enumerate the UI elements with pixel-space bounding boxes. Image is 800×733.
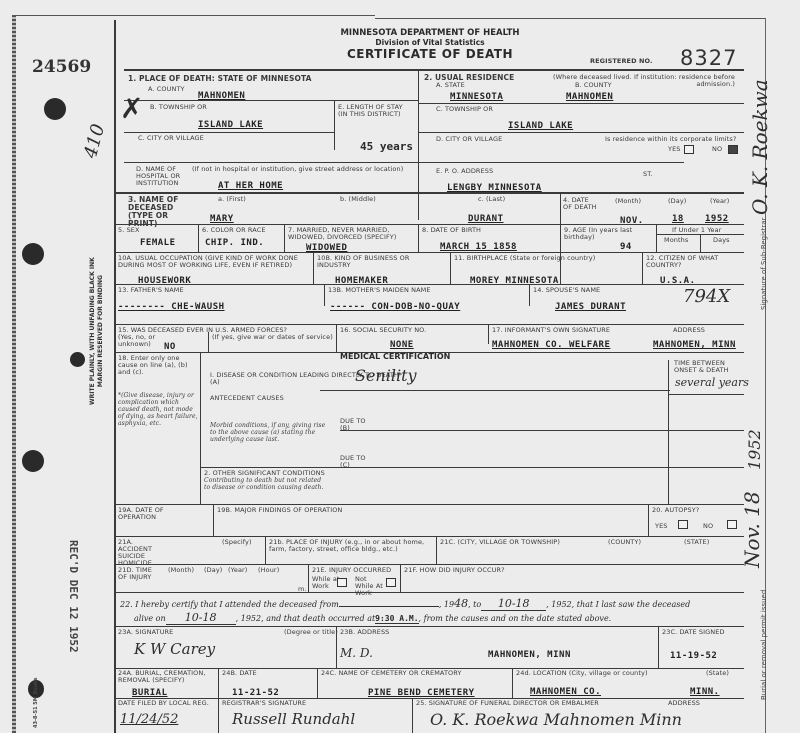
certification-statement: 22. I hereby certify that I attended the… bbox=[120, 597, 740, 625]
divider bbox=[198, 224, 199, 252]
burial-date-label: 24b. DATE bbox=[222, 670, 257, 677]
divider bbox=[648, 504, 649, 536]
divider bbox=[418, 70, 419, 220]
registrar-signature-label: REGISTRAR'S SIGNATURE bbox=[222, 700, 306, 707]
physician-degree: M. D. bbox=[340, 646, 373, 660]
township-label: b. TOWNSHIP OR bbox=[150, 104, 210, 111]
marital-status-label: 7. MARRIED, NEVER MARRIED, WIDOWED, DIVO… bbox=[288, 227, 408, 241]
permit-issued-label: Burial or removal permit issued bbox=[760, 590, 768, 700]
antecedent-label: ANTECEDENT CAUSES bbox=[210, 395, 284, 402]
date-filed-value: 11/24/52 bbox=[120, 712, 178, 727]
first-name-value: MARY bbox=[210, 214, 234, 224]
occupation-label: 10a. USUAL OCCUPATION (Give kind of work… bbox=[118, 255, 313, 269]
header-rule bbox=[124, 69, 744, 71]
birth-date-label: 8. DATE OF BIRTH bbox=[422, 227, 481, 234]
death-day-value: 18 bbox=[672, 214, 684, 224]
physician-signature-label: 23a. SIGNATURE bbox=[118, 629, 173, 636]
operation-findings-label: 19b. MAJOR FINDINGS OF OPERATION bbox=[217, 507, 342, 514]
divider bbox=[512, 668, 513, 698]
onset-label: TIME BETWEEN ONSET & DEATH bbox=[674, 360, 744, 374]
accident-type-label: 21a. ACCIDENT SUICIDE HOMICIDE bbox=[118, 539, 168, 567]
divider bbox=[200, 467, 340, 468]
days-label: Days bbox=[713, 237, 730, 244]
corporate-yes-checkbox[interactable] bbox=[684, 145, 694, 154]
received-stamp: REC'D DEC 12 1952 bbox=[67, 540, 80, 653]
divider bbox=[114, 536, 744, 537]
funeral-address-label: ADDRESS bbox=[668, 700, 700, 707]
divider bbox=[308, 564, 309, 592]
binding-hole bbox=[44, 98, 66, 120]
race-label: 6. COLOR OR RACE bbox=[202, 227, 266, 234]
burial-location-state-label: (State) bbox=[706, 670, 729, 677]
certification-line-2: alive on10-18, 1952, and that death occu… bbox=[120, 611, 740, 625]
place-of-death-label: 1. PLACE OF DEATH: STATE OF MINNESOTA bbox=[128, 75, 312, 82]
divider bbox=[124, 132, 334, 133]
day-label: (Day) bbox=[668, 198, 686, 205]
autopsy-no-label: NO bbox=[703, 523, 713, 530]
residence-note: (Where deceased lived. If institution: r… bbox=[545, 74, 735, 88]
hospital-label: d. NAME OF HOSPITAL OR INSTITUTION bbox=[136, 166, 188, 187]
city-label: c. CITY OR VILLAGE bbox=[138, 135, 204, 142]
certification-line-1: 22. I hereby certify that I attended the… bbox=[120, 597, 740, 611]
first-name-label: a. (First) bbox=[218, 196, 246, 203]
cemetery-label: 24c. NAME OF CEMETERY OR CREMATORY bbox=[321, 670, 462, 677]
spouse-label: 14. SPOUSE'S NAME bbox=[533, 287, 600, 294]
morbid-conditions-note: Morbid conditions, if any, giving rise t… bbox=[210, 422, 330, 443]
divider bbox=[200, 352, 201, 504]
age-label: 9. AGE (In years last birthday) bbox=[564, 227, 646, 241]
divider bbox=[336, 626, 337, 668]
sub-registrar-signature: O. K. Roekwa bbox=[748, 79, 772, 215]
burial-location-value: MAHNOMEN CO. bbox=[530, 687, 601, 697]
perforation-edge bbox=[12, 15, 16, 733]
onset-value: several years bbox=[675, 376, 749, 389]
divider bbox=[114, 592, 744, 593]
father-value: -------- CHE-WAUSH bbox=[118, 302, 225, 312]
how-injury-label: 21f. HOW DID INJURY OCCUR? bbox=[404, 567, 505, 574]
injury-time-label: 21d. TIME OF INJURY bbox=[118, 567, 158, 581]
registered-label: REGISTERED NO. bbox=[590, 58, 653, 65]
ssn-value: NONE bbox=[390, 340, 414, 350]
sex-value: FEMALE bbox=[140, 238, 176, 248]
business-label: 10b. KIND OF BUSINESS OR INDUSTRY bbox=[317, 255, 427, 269]
residence-county-value: MAHNOMEN bbox=[566, 92, 613, 102]
death-date-label: 4. DATE OF DEATH bbox=[563, 197, 599, 211]
divider bbox=[436, 536, 437, 564]
po-address-label: e. P. O. ADDRESS bbox=[436, 168, 493, 175]
not-while-at-work-checkbox[interactable] bbox=[386, 578, 396, 587]
birth-date-value: MARCH 15 1858 bbox=[440, 242, 517, 252]
other-conditions-note: Contributing to death but not related to… bbox=[204, 477, 329, 491]
informant-address-label: ADDRESS bbox=[673, 327, 705, 334]
burial-type-label: 24a. BURIAL, CREMATION, REMOVAL (Specify… bbox=[118, 670, 218, 684]
while-at-work-checkbox[interactable] bbox=[337, 578, 347, 587]
top-border bbox=[15, 15, 375, 16]
injury-city-label: 21c. (CITY, VILLAGE OR TOWNSHIP) bbox=[440, 539, 560, 546]
informant-value: MAHNOMEN CO. WELFARE bbox=[492, 340, 610, 350]
divider bbox=[334, 100, 335, 150]
residence-city-label: d. CITY OR VILLAGE bbox=[436, 136, 502, 143]
divider bbox=[336, 324, 337, 352]
divider bbox=[418, 224, 419, 252]
divider bbox=[320, 390, 670, 391]
injury-year-label: (Year) bbox=[228, 567, 247, 574]
date-signed-value: 11-19-52 bbox=[670, 651, 717, 661]
injury-occurred-label: 21e. INJURY OCCURRED bbox=[312, 567, 391, 574]
ssn-label: 16. SOCIAL SECURITY NO. bbox=[340, 327, 426, 334]
strikeout-mark: ✗ bbox=[120, 92, 143, 125]
corporate-no-checkbox[interactable] bbox=[728, 145, 738, 154]
corporate-limits-label: Is residence within its corporate limits… bbox=[605, 136, 736, 143]
binding-hole bbox=[70, 352, 85, 367]
residence-township-label: c. TOWNSHIP OR bbox=[436, 106, 496, 113]
divider bbox=[412, 698, 413, 733]
funeral-director-signature: O. K. Roekwa Mahnomen Minn bbox=[430, 710, 682, 729]
state-label: a. STATE bbox=[436, 82, 465, 89]
divider bbox=[642, 252, 643, 284]
medical-certification-title: MEDICAL CERTIFICATION bbox=[340, 352, 450, 361]
cause-instructions-note: *(Give disease, injury or complication w… bbox=[118, 392, 198, 427]
street-label: ST. bbox=[643, 171, 653, 178]
while-at-work-label: While at Work bbox=[312, 576, 340, 590]
divider bbox=[340, 467, 744, 468]
autopsy-yes-checkbox[interactable] bbox=[678, 520, 688, 529]
month-label: (Month) bbox=[615, 198, 641, 205]
divider bbox=[114, 564, 744, 565]
divider bbox=[114, 324, 744, 325]
physician-address-value: MAHNOMEN, MINN bbox=[488, 650, 571, 660]
not-while-at-work-label: Not While At Work bbox=[355, 576, 387, 597]
autopsy-no-checkbox[interactable] bbox=[727, 520, 737, 529]
hospital-note: (If not in hospital or institution, give… bbox=[192, 166, 403, 173]
binding-hole bbox=[22, 243, 44, 265]
divider bbox=[114, 224, 744, 225]
mother-value: ------ CON-DOB-NO-QUAY bbox=[330, 302, 460, 312]
autopsy-label: 20. AUTOPSY? bbox=[652, 507, 699, 514]
divider bbox=[450, 252, 451, 284]
death-township-value: ISLAND LAKE bbox=[198, 120, 263, 130]
injury-county-label: (COUNTY) bbox=[608, 539, 641, 546]
divider bbox=[340, 430, 744, 431]
divider bbox=[418, 103, 744, 104]
file-number: 24569 bbox=[32, 57, 91, 77]
binding-note: WRITE PLAINLY, WITH UNFADING BLACK INK M… bbox=[89, 257, 105, 405]
divider bbox=[317, 668, 318, 698]
divider bbox=[265, 536, 266, 564]
registered-number: 8327 bbox=[680, 46, 737, 70]
divider bbox=[124, 162, 684, 163]
residence-state-value: MINNESOTA bbox=[450, 92, 503, 102]
year-label: (Year) bbox=[710, 198, 729, 205]
corporate-no-label: NO bbox=[712, 146, 722, 153]
race-value: CHIP. IND. bbox=[205, 238, 264, 248]
specify-label: (Specify) bbox=[222, 539, 252, 546]
armed-service-note: (If yes, give war or dates of service) bbox=[212, 334, 333, 341]
cemetery-value: PINE BEND CEMETERY bbox=[368, 688, 475, 698]
county-label: a. COUNTY bbox=[148, 86, 185, 93]
length-of-stay-label: e. LENGTH OF STAY (in this district) bbox=[338, 104, 408, 118]
months-label: Months bbox=[664, 237, 688, 244]
divider bbox=[324, 284, 325, 306]
last-name-label: c. (Last) bbox=[478, 196, 505, 203]
armed-forces-note: (Yes, no, or unknown) bbox=[118, 334, 156, 348]
burial-location-label: 24d. LOCATION (City, village or county) bbox=[516, 670, 648, 677]
divider bbox=[213, 504, 214, 536]
sex-label: 5. SEX bbox=[118, 227, 140, 234]
armed-forces-value: NO bbox=[164, 342, 176, 352]
divider bbox=[124, 100, 418, 101]
hospital-value: AT HER HOME bbox=[218, 181, 283, 191]
other-conditions-label: 2. OTHER SIGNIFICANT CONDITIONS bbox=[204, 470, 325, 477]
divider bbox=[656, 224, 657, 252]
injury-day-label: (Day) bbox=[204, 567, 222, 574]
birthplace-label: 11. BIRTHPLACE (State or foreign country… bbox=[454, 255, 595, 262]
sub-registrar-label: Signature of Sub-Registrar bbox=[760, 218, 768, 311]
divider bbox=[700, 234, 701, 252]
date-filed-label: DATE FILED BY LOCAL REG. bbox=[118, 700, 218, 707]
division-name: Division of Vital Statistics bbox=[300, 38, 560, 47]
burial-type-value: BURIAL bbox=[132, 688, 168, 698]
burial-date-value: 11-21-52 bbox=[232, 688, 279, 698]
divider bbox=[218, 668, 219, 733]
divider bbox=[668, 394, 744, 395]
corporate-yes-label: YES bbox=[668, 146, 681, 153]
cause-instructions: 18. Enter only one cause on line (a), (b… bbox=[118, 355, 198, 376]
disease-value: Senility bbox=[355, 366, 417, 385]
divider bbox=[400, 564, 401, 592]
department-name: MINNESOTA DEPARTMENT OF HEALTH bbox=[300, 28, 560, 38]
informant-label: 17. INFORMANT'S OWN SIGNATURE bbox=[492, 327, 610, 334]
last-name-value: DURANT bbox=[468, 214, 504, 224]
death-year-value: 1952 bbox=[705, 214, 729, 224]
father-label: 13. FATHER'S NAME bbox=[118, 287, 184, 294]
mother-label: 13b. MOTHER'S MAIDEN NAME bbox=[328, 287, 431, 294]
divider bbox=[658, 626, 659, 668]
residence-township-value: ISLAND LAKE bbox=[508, 121, 573, 131]
injury-month-label: (Month) bbox=[168, 567, 194, 574]
divider bbox=[114, 192, 744, 194]
divider bbox=[114, 252, 744, 253]
divider bbox=[114, 504, 744, 505]
permit-issued-date: Nov. 18 bbox=[740, 491, 764, 568]
divider bbox=[418, 132, 744, 133]
divider bbox=[114, 284, 744, 285]
binding-hole bbox=[22, 450, 44, 472]
length-of-stay-value: 45 years bbox=[360, 140, 413, 153]
divider bbox=[488, 324, 489, 344]
degree-label: (Degree or title) bbox=[284, 629, 338, 636]
middle-name-label: b. (Middle) bbox=[340, 196, 376, 203]
citizen-label: 12. CITIZEN OF WHAT COUNTRY? bbox=[646, 255, 736, 269]
divider bbox=[560, 192, 561, 284]
top-border-right bbox=[375, 18, 765, 19]
injury-hour-label: (Hour) bbox=[258, 567, 279, 574]
divider bbox=[284, 224, 285, 252]
document-title: CERTIFICATE OF DEATH bbox=[300, 47, 560, 61]
annotation-794x: 794X bbox=[683, 286, 730, 307]
divider bbox=[313, 252, 314, 284]
age-value: 94 bbox=[620, 242, 632, 252]
under-year-label: If Under 1 Year bbox=[672, 227, 721, 234]
registrar-signature: Russell Rundahl bbox=[232, 710, 355, 728]
divider bbox=[529, 284, 530, 306]
funeral-director-label: 25. SIGNATURE OF FUNERAL DIRECTOR OR EMB… bbox=[416, 700, 599, 707]
permit-issued-year: 1952 bbox=[745, 429, 764, 470]
injury-state-label: (STATE) bbox=[684, 539, 709, 546]
divider bbox=[114, 626, 744, 627]
divider bbox=[208, 332, 209, 352]
physician-signature: K W Carey bbox=[134, 640, 215, 658]
divider bbox=[668, 360, 669, 504]
operation-date-label: 19a. DATE OF OPERATION bbox=[118, 507, 193, 521]
spouse-value: JAMES DURANT bbox=[555, 302, 626, 312]
printer-mark: 43-8-51 5M Books bbox=[33, 678, 39, 728]
autopsy-yes-label: YES bbox=[655, 523, 668, 530]
header: MINNESOTA DEPARTMENT OF HEALTH Division … bbox=[300, 28, 560, 61]
injury-place-label: 21b. PLACE OF INJURY (e.g., in or about … bbox=[269, 539, 434, 553]
physician-address-label: 23b. ADDRESS bbox=[340, 629, 389, 636]
residence-county-label: b. COUNTY bbox=[575, 82, 612, 89]
informant-address-value: MAHNOMEN, MINN bbox=[653, 340, 736, 350]
date-signed-label: 23c. DATE SIGNED bbox=[662, 629, 725, 636]
burial-location-state-value: MINN. bbox=[690, 687, 720, 697]
usual-residence-label: 2. USUAL RESIDENCE bbox=[424, 74, 514, 81]
